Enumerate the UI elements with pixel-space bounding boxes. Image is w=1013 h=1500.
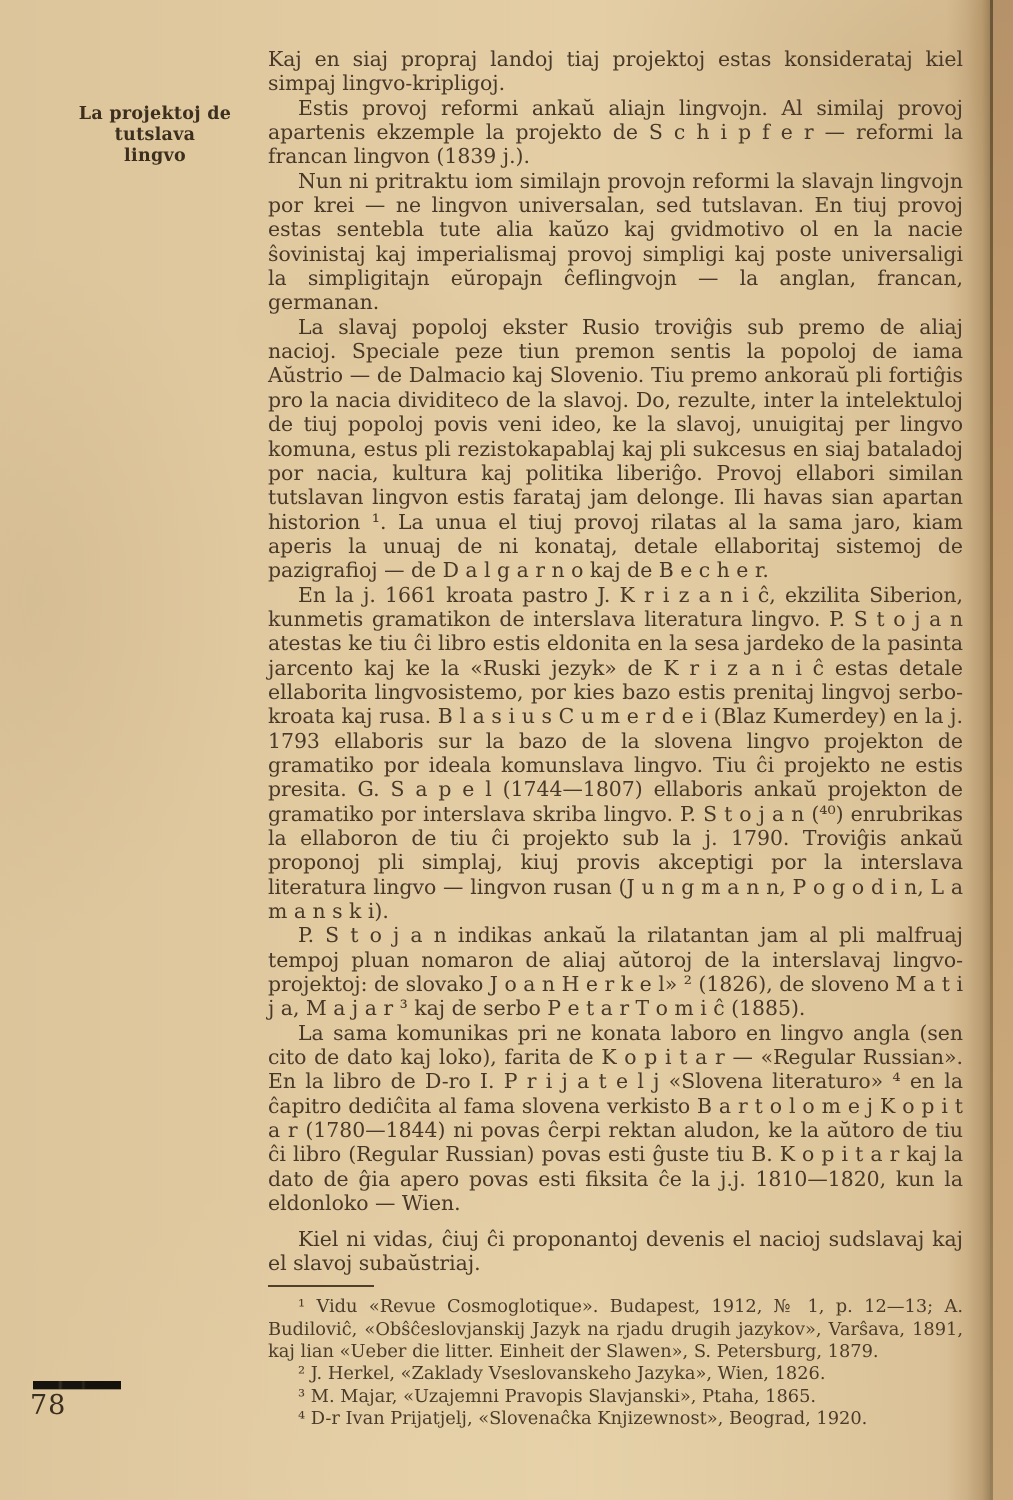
body-paragraph: En la j. 1661 kroata pastro J. K r i z a… bbox=[268, 583, 963, 924]
body-paragraph: Kaj en siaj propraj landoj tiaj projekto… bbox=[268, 47, 963, 96]
body-paragraph: Estis provoj reformi ankaŭ aliajn lingvo… bbox=[268, 96, 963, 169]
footnote: ³ M. Majar, «Uzajemni Pravopis Slavjansk… bbox=[268, 1386, 963, 1408]
body-paragraph: P. S t o j a n indikas ankaŭ la rilatant… bbox=[268, 923, 963, 1020]
footnote: ¹ Vidu «Revue Cosmoglotique». Budapest, … bbox=[268, 1296, 963, 1363]
next-page-edge bbox=[993, 0, 1013, 1500]
body-text-block: Kaj en siaj propraj landoj tiaj projekto… bbox=[268, 47, 963, 1431]
body-paragraph: Kiel ni vidas, ĉiuj ĉi proponantoj deven… bbox=[268, 1227, 963, 1276]
footnote-separator-rule bbox=[268, 1285, 374, 1287]
footnotes-block: ¹ Vidu «Revue Cosmoglotique». Budapest, … bbox=[268, 1296, 963, 1430]
footnote: ² J. Herkel, «Zaklady Vseslovanskeho Jaz… bbox=[268, 1363, 963, 1385]
margin-heading-line2: lingvo bbox=[38, 146, 272, 167]
body-paragraph: Nun ni pritraktu iom similajn provojn re… bbox=[268, 169, 963, 315]
body-paragraph: La slavaj popoloj ekster Rusio troviĝis … bbox=[268, 315, 963, 583]
page-number: 78 bbox=[30, 1390, 66, 1421]
book-page-scan: La projektoj de tutslava lingvo Kaj en s… bbox=[0, 0, 1013, 1500]
margin-heading: La projektoj de tutslava lingvo bbox=[38, 104, 272, 167]
ink-stamp-mark bbox=[33, 1381, 121, 1389]
footnote: ⁴ D-r Ivan Prijatjelj, «Slovenaĉka Knjiz… bbox=[268, 1408, 963, 1430]
body-paragraph: La sama komunikas pri ne konata laboro e… bbox=[268, 1021, 963, 1216]
margin-heading-line1: La projektoj de tutslava bbox=[38, 104, 272, 146]
